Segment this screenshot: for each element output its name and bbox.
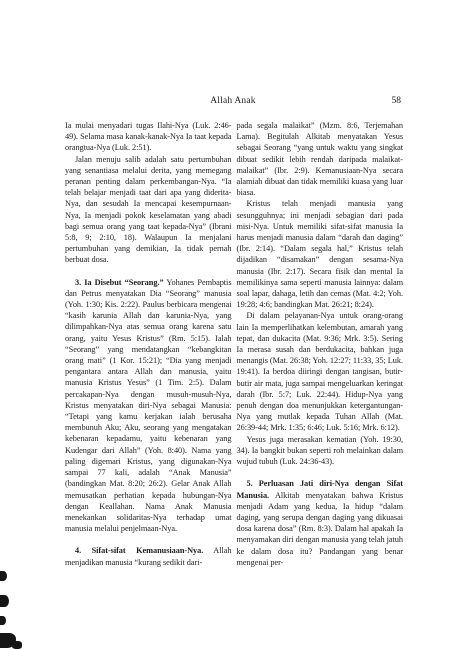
numbered-section-paragraph: 5. Perluasan Jati diri-Nya dengan Sifat … — [237, 478, 404, 568]
paragraph-text: Yesus juga merasakan kematian (Yoh. 19:3… — [237, 435, 404, 466]
scan-artifact — [0, 571, 7, 581]
paragraph-continuation: pada segala malaikat” (Mzm. 8:6, Terjema… — [237, 120, 404, 198]
paragraph-text: Kristus telah menjadi manusia yang sesun… — [237, 199, 404, 309]
paragraph-continuation: Ia mulai menyadari tugas Ilahi-Nya (Luk.… — [65, 120, 232, 154]
book-page-scan: Allah Anak 58 Ia mulai menyadari tugas I… — [0, 0, 460, 650]
numbered-section-paragraph: 4. Sifat-sifat Kemanusiaan-Nya. Allah me… — [65, 545, 232, 567]
paragraph-text: Alkitab menyatakan bahwa Kristus menjadi… — [237, 491, 404, 567]
paragraph: Kristus telah menjadi manusia yang sesun… — [237, 198, 404, 310]
paragraph-text: Jalan menuju salib adalah satu pertumbuh… — [65, 155, 232, 265]
paragraph: Di dalam pelayanan-Nya untuk orang-orang… — [237, 310, 404, 433]
scan-artifact — [12, 641, 22, 649]
section-heading: 3. Ia Disebut “Seorang.” — [75, 278, 164, 287]
left-column: Ia mulai menyadari tugas Ilahi-Nya (Luk.… — [65, 120, 232, 568]
running-head-title: Allah Anak — [65, 96, 401, 106]
running-head: Allah Anak 58 — [65, 96, 401, 110]
paragraph-text: Di dalam pelayanan-Nya untuk orang-orang… — [237, 311, 404, 432]
paragraph-text: Ia mulai menyadari tugas Ilahi-Nya (Luk.… — [65, 121, 232, 152]
paragraph: Yesus juga merasakan kematian (Yoh. 19:3… — [237, 434, 404, 468]
page-number: 58 — [392, 96, 402, 106]
scan-artifact — [0, 616, 6, 625]
paragraph-text: pada segala malaikat” (Mzm. 8:6, Terjema… — [237, 121, 404, 197]
paragraph-text: Yohanes Pembaptis dan Petrus menyatakan … — [65, 278, 232, 533]
paragraph: Jalan menuju salib adalah satu pertumbuh… — [65, 154, 232, 266]
section-heading: 4. Sifat-sifat Kemanusiaan-Nya. — [75, 546, 203, 555]
numbered-section-paragraph: 3. Ia Disebut “Seorang.” Yohanes Pembapt… — [65, 277, 232, 535]
scan-artifact — [0, 595, 9, 607]
right-column: pada segala malaikat” (Mzm. 8:6, Terjema… — [237, 120, 404, 568]
two-column-text-block: Ia mulai menyadari tugas Ilahi-Nya (Luk.… — [65, 120, 403, 568]
